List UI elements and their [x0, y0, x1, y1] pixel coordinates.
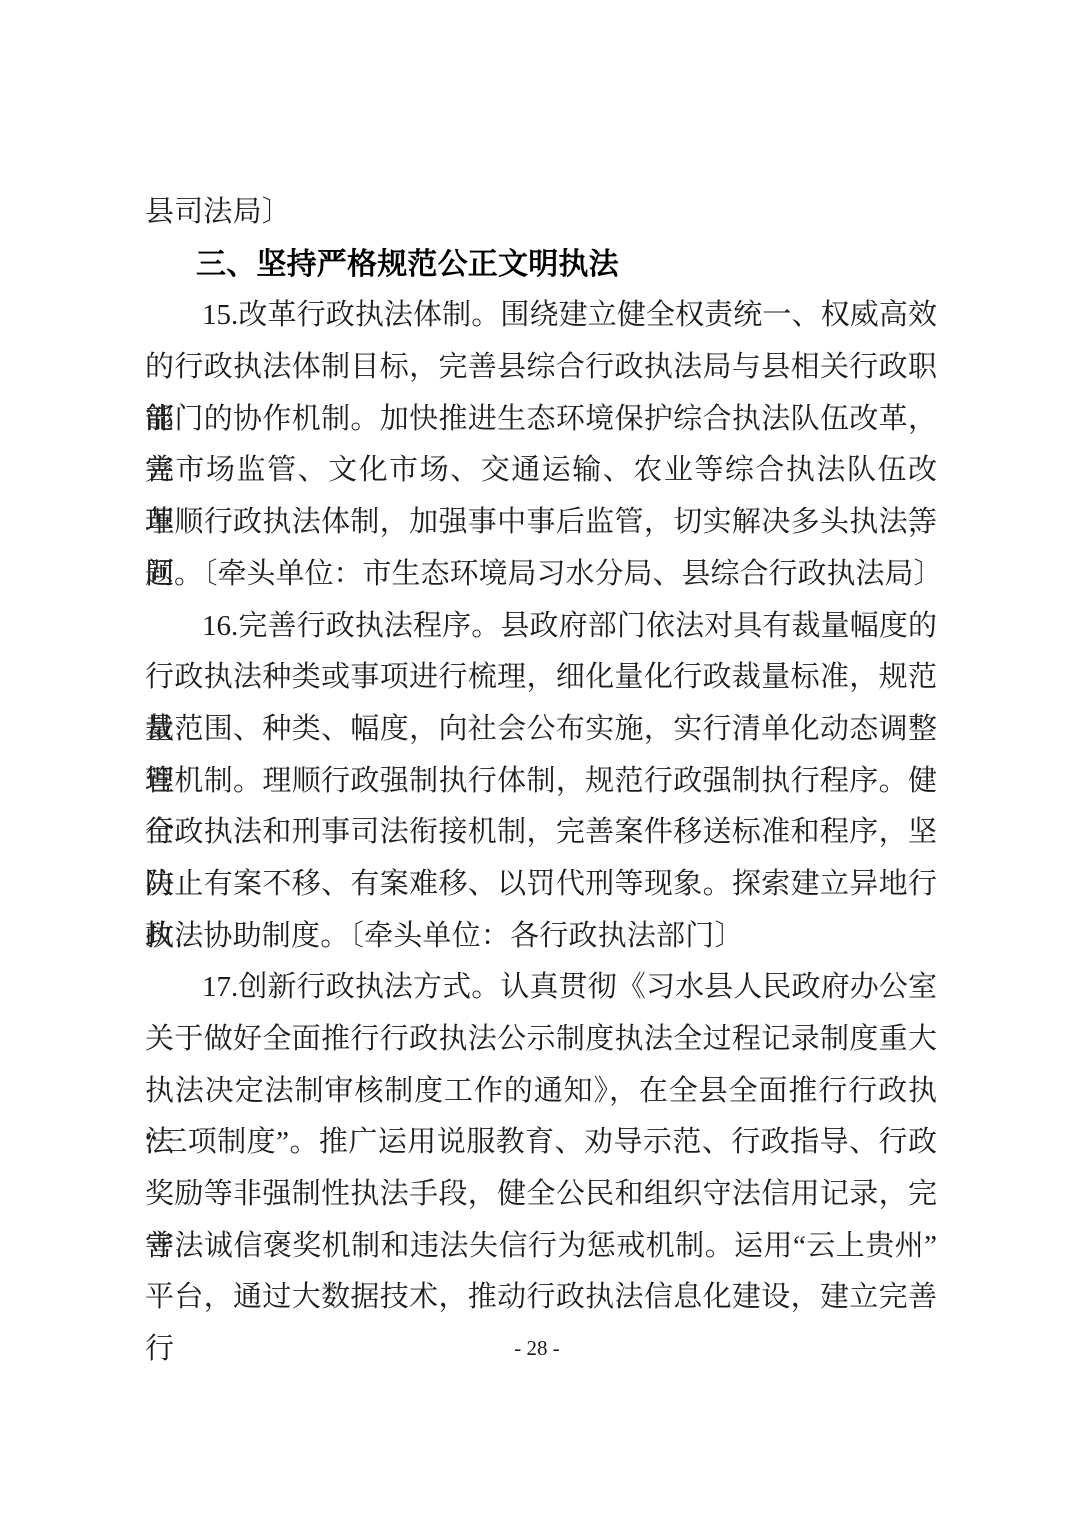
document-line: 防止有案不移、有案难移、以罚代刑等现象。探索建立异地行政 — [145, 859, 937, 911]
document-line: 17.创新行政执法方式。认真贯彻《习水县人民政府办公室 — [145, 962, 937, 1014]
document-line: 执法决定法制审核制度工作的通知》，在全县全面推行行政执法 — [145, 1066, 937, 1118]
document-line: 守法诚信褒奖机制和违法失信行为惩戒机制。运用“云上贵州” — [145, 1221, 937, 1273]
document-line: 的行政执法体制目标，完善县综合行政执法局与县相关行政职能 — [145, 342, 937, 394]
document-line: 16.完善行政执法程序。县政府部门依法对具有裁量幅度的 — [145, 601, 937, 653]
section-heading: 三、坚持严格规范公正文明执法 — [145, 239, 937, 291]
document-line: 行政执法种类或事项进行梳理，细化量化行政裁量标准，规范裁 — [145, 652, 937, 704]
document-line: 关于做好全面推行行政执法公示制度执法全过程记录制度重大 — [145, 1014, 937, 1066]
document-line: 善市场监管、文化市场、交通运输、农业等综合执法队伍改革， — [145, 445, 937, 497]
document-line: 县司法局〕 — [145, 187, 937, 239]
document-line: 奖励等非强制性执法手段，健全公民和组织守法信用记录，完善 — [145, 1169, 937, 1221]
document-line: 执法协助制度。〔牵头单位：各行政执法部门〕 — [145, 911, 937, 963]
document-line: 平台，通过大数据技术，推动行政执法信息化建设，建立完善行 — [145, 1272, 937, 1324]
document-line: 量范围、种类、幅度，向社会公布实施，实行清单化动态调整管 — [145, 704, 937, 756]
page-number: - 28 - — [0, 1334, 1074, 1362]
document-line: 部门的协作机制。加快推进生态环境保护综合执法队伍改革，完 — [145, 394, 937, 446]
document-body: 县司法局〕三、坚持严格规范公正文明执法15.改革行政执法体制。围绕建立健全权责统… — [145, 187, 937, 1324]
document-line: “三项制度”。推广运用说服教育、劝导示范、行政指导、行政 — [145, 1117, 937, 1169]
document-line: 行政执法和刑事司法衔接机制，完善案件移送标准和程序，坚决 — [145, 807, 937, 859]
document-line: 理顺行政执法体制，加强事中事后监管，切实解决多头执法等问 — [145, 497, 937, 549]
document-page: 县司法局〕三、坚持严格规范公正文明执法15.改革行政执法体制。围绕建立健全权责统… — [0, 0, 1074, 1520]
document-line: 题。〔牵头单位：市生态环境局习水分局、县综合行政执法局〕 — [145, 549, 937, 601]
document-line: 理机制。理顺行政强制执行体制，规范行政强制执行程序。健全 — [145, 756, 937, 808]
document-line: 15.改革行政执法体制。围绕建立健全权责统一、权威高效 — [145, 290, 937, 342]
